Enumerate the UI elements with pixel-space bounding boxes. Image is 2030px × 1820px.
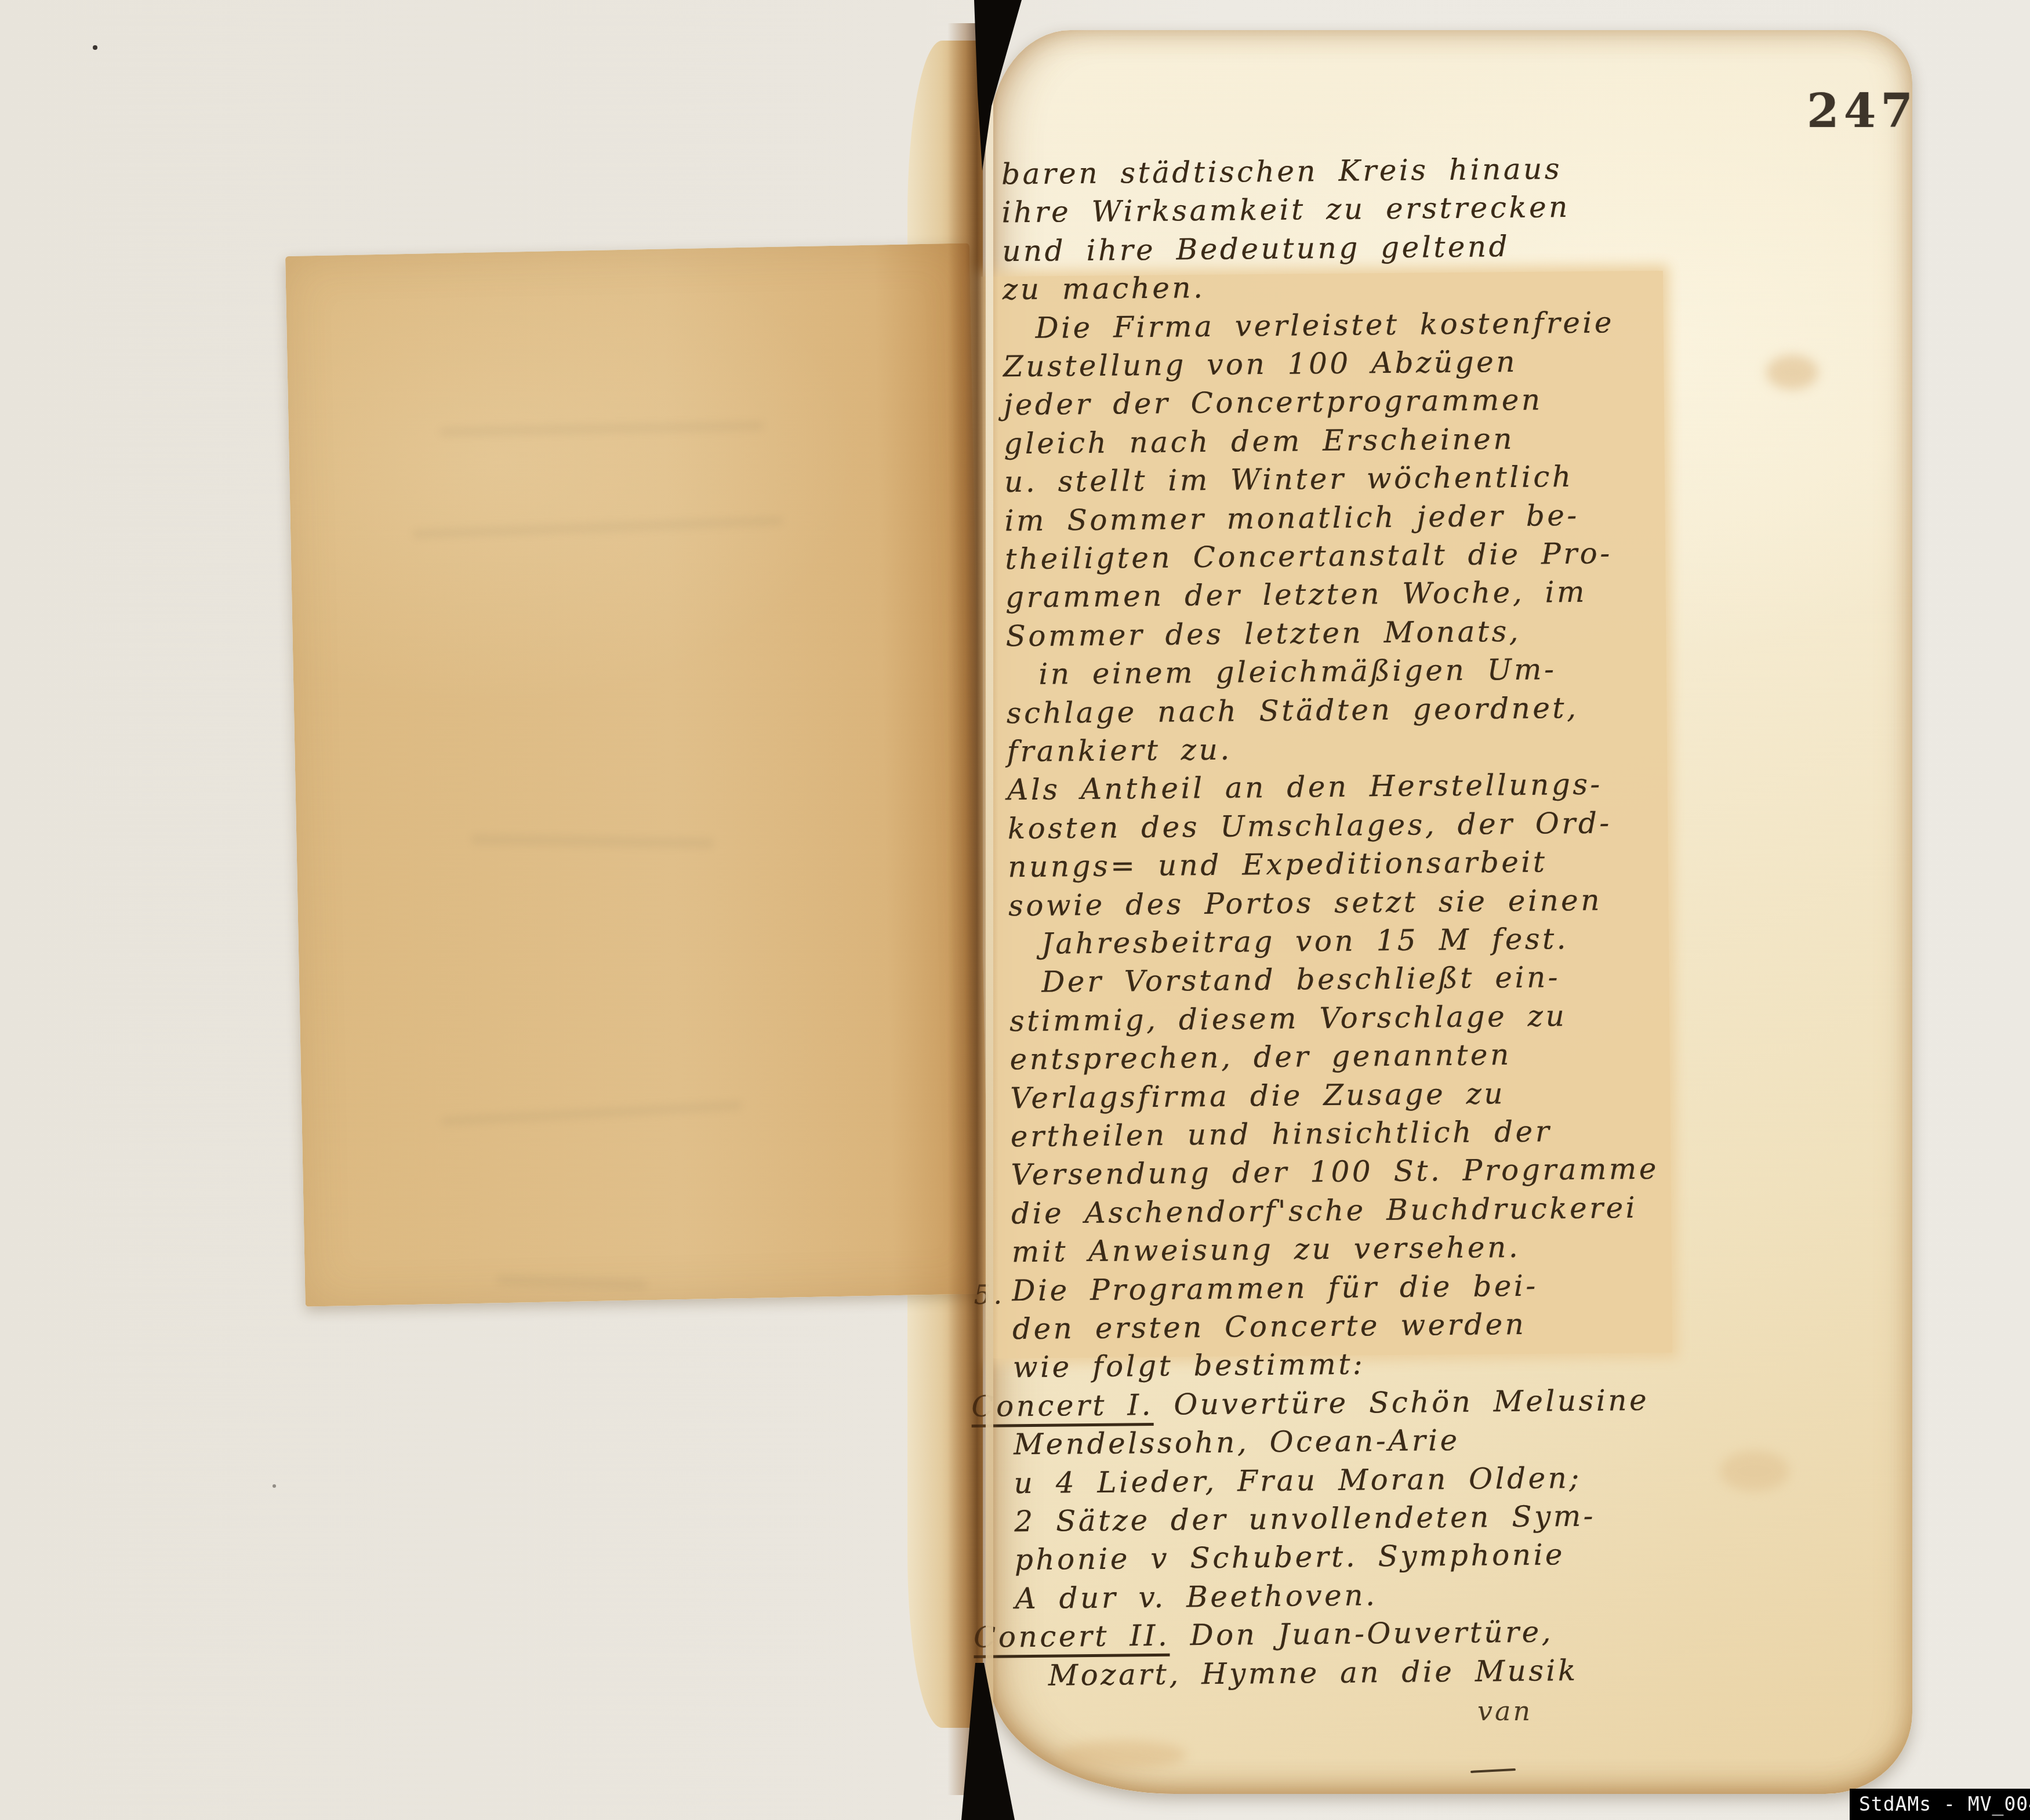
manuscript-line: Mozart, Hymne an die Musik: [1048, 1654, 1578, 1692]
catchword-dash: [1470, 1768, 1516, 1773]
manuscript-line: Sommer des letzten Monats,: [1005, 615, 1521, 653]
manuscript-line: Der Vorstand beschließt ein-: [1041, 961, 1560, 1000]
handwritten-text-block: baren städtischen Kreis hinausihre Wirks…: [991, 149, 1911, 1770]
manuscript-line: Zustellung von 100 Abzügen: [1003, 345, 1517, 384]
manuscript-line: Versendung der 100 St. Programme: [1011, 1152, 1659, 1192]
manuscript-line: zu machen.: [1003, 271, 1205, 306]
show-through-mark: [440, 421, 764, 437]
manuscript-line: den ersten Concerte werden: [1012, 1307, 1527, 1346]
manuscript-line: nungs= und Expeditionsarbeit: [1008, 845, 1548, 884]
dust-speck: [93, 45, 97, 50]
manuscript-line: Verlagsfirma die Zusage zu: [1010, 1077, 1505, 1115]
manuscript-line: A dur v. Beethoven.: [1015, 1578, 1377, 1615]
manuscript-line: Die Firma verleistet kostenfreie: [1035, 306, 1614, 345]
manuscript-page: 247 baren städtischen Kreis hinausihre W…: [989, 30, 1912, 1794]
manuscript-line: in einem gleichmäßigen Um-: [1038, 652, 1557, 691]
manuscript-line: schlage nach Städten geordnet,: [1007, 691, 1579, 729]
manuscript-line: Concert II. Don Juan-Ouvertüre,: [974, 1615, 1553, 1655]
manuscript-line: u 4 Lieder, Frau Moran Olden;: [1014, 1461, 1582, 1499]
manuscript-line: 2 Sätze der unvollendeten Sym-: [1014, 1499, 1596, 1539]
dust-speck: [273, 1484, 276, 1488]
inserted-tan-sheet: [285, 243, 990, 1306]
manuscript-line: frankiert zu.: [1007, 733, 1232, 769]
manuscript-line: und ihre Bedeutung geltend: [1002, 230, 1510, 268]
manuscript-line: stimmig, diesem Vorschlage zu: [1009, 999, 1567, 1038]
show-through-mark: [412, 516, 783, 539]
manuscript-line: jeder der Concertprogrammen: [1004, 383, 1543, 422]
show-through-mark: [496, 1275, 647, 1291]
manuscript-line: wie folgt bestimmt:: [1012, 1347, 1365, 1385]
manuscript-line: entsprechen, der genannten: [1009, 1038, 1512, 1076]
manuscript-line: Als Antheil an den Herstellungs-: [1007, 768, 1603, 807]
manuscript-line: im Sommer monatlich jeder be-: [1004, 498, 1579, 537]
manuscript-line: u. stellt im Winter wöchentlich: [1004, 460, 1574, 499]
manuscript-line: mit Anweisung zu versehen.: [1012, 1230, 1521, 1269]
manuscript-line: kosten des Umschlages, der Ord-: [1008, 806, 1612, 845]
manuscript-line: sowie des Portos setzt sie einen: [1008, 883, 1602, 922]
underlined-heading: Concert II.: [974, 1619, 1170, 1658]
catchword: van: [1477, 1695, 1533, 1727]
underlined-heading: Concert I.: [971, 1388, 1153, 1427]
archive-reference-label: StdAMs - MV_004_365: [1850, 1789, 2030, 1820]
manuscript-line: die Aschendorf'sche Buchdruckerei: [1011, 1191, 1638, 1230]
show-through-mark: [470, 834, 714, 849]
manuscript-line: Mendelssohn, Ocean-Arie: [1014, 1423, 1460, 1461]
manuscript-line: grammen der letzten Woche, im: [1005, 575, 1588, 615]
scanned-ledger-page: 247 baren städtischen Kreis hinausihre W…: [0, 0, 2030, 1820]
sheet-edge-in-gutter: [986, 87, 993, 1722]
show-through-mark: [441, 1100, 742, 1126]
manuscript-line: baren städtischen Kreis hinaus: [1001, 152, 1563, 191]
manuscript-line: Concert I. Ouvertüre Schön Melusine: [971, 1383, 1649, 1423]
manuscript-line: ihre Wirksamkeit zu erstrecken: [1001, 190, 1570, 229]
manuscript-line: phonie v Schubert. Symphonie: [1015, 1538, 1566, 1577]
manuscript-line: Jahresbeitrag von 15 M fest.: [1041, 922, 1568, 961]
manuscript-line: gleich nach dem Erscheinen: [1004, 422, 1515, 460]
manuscript-line: 5.Die Programmen für die bei-: [1012, 1269, 1538, 1307]
manuscript-line: ertheilen und hinsichtlich der: [1011, 1114, 1552, 1153]
page-number: 247: [1807, 83, 1958, 138]
manuscript-line: theiligten Concertanstalt die Pro-: [1005, 536, 1613, 576]
